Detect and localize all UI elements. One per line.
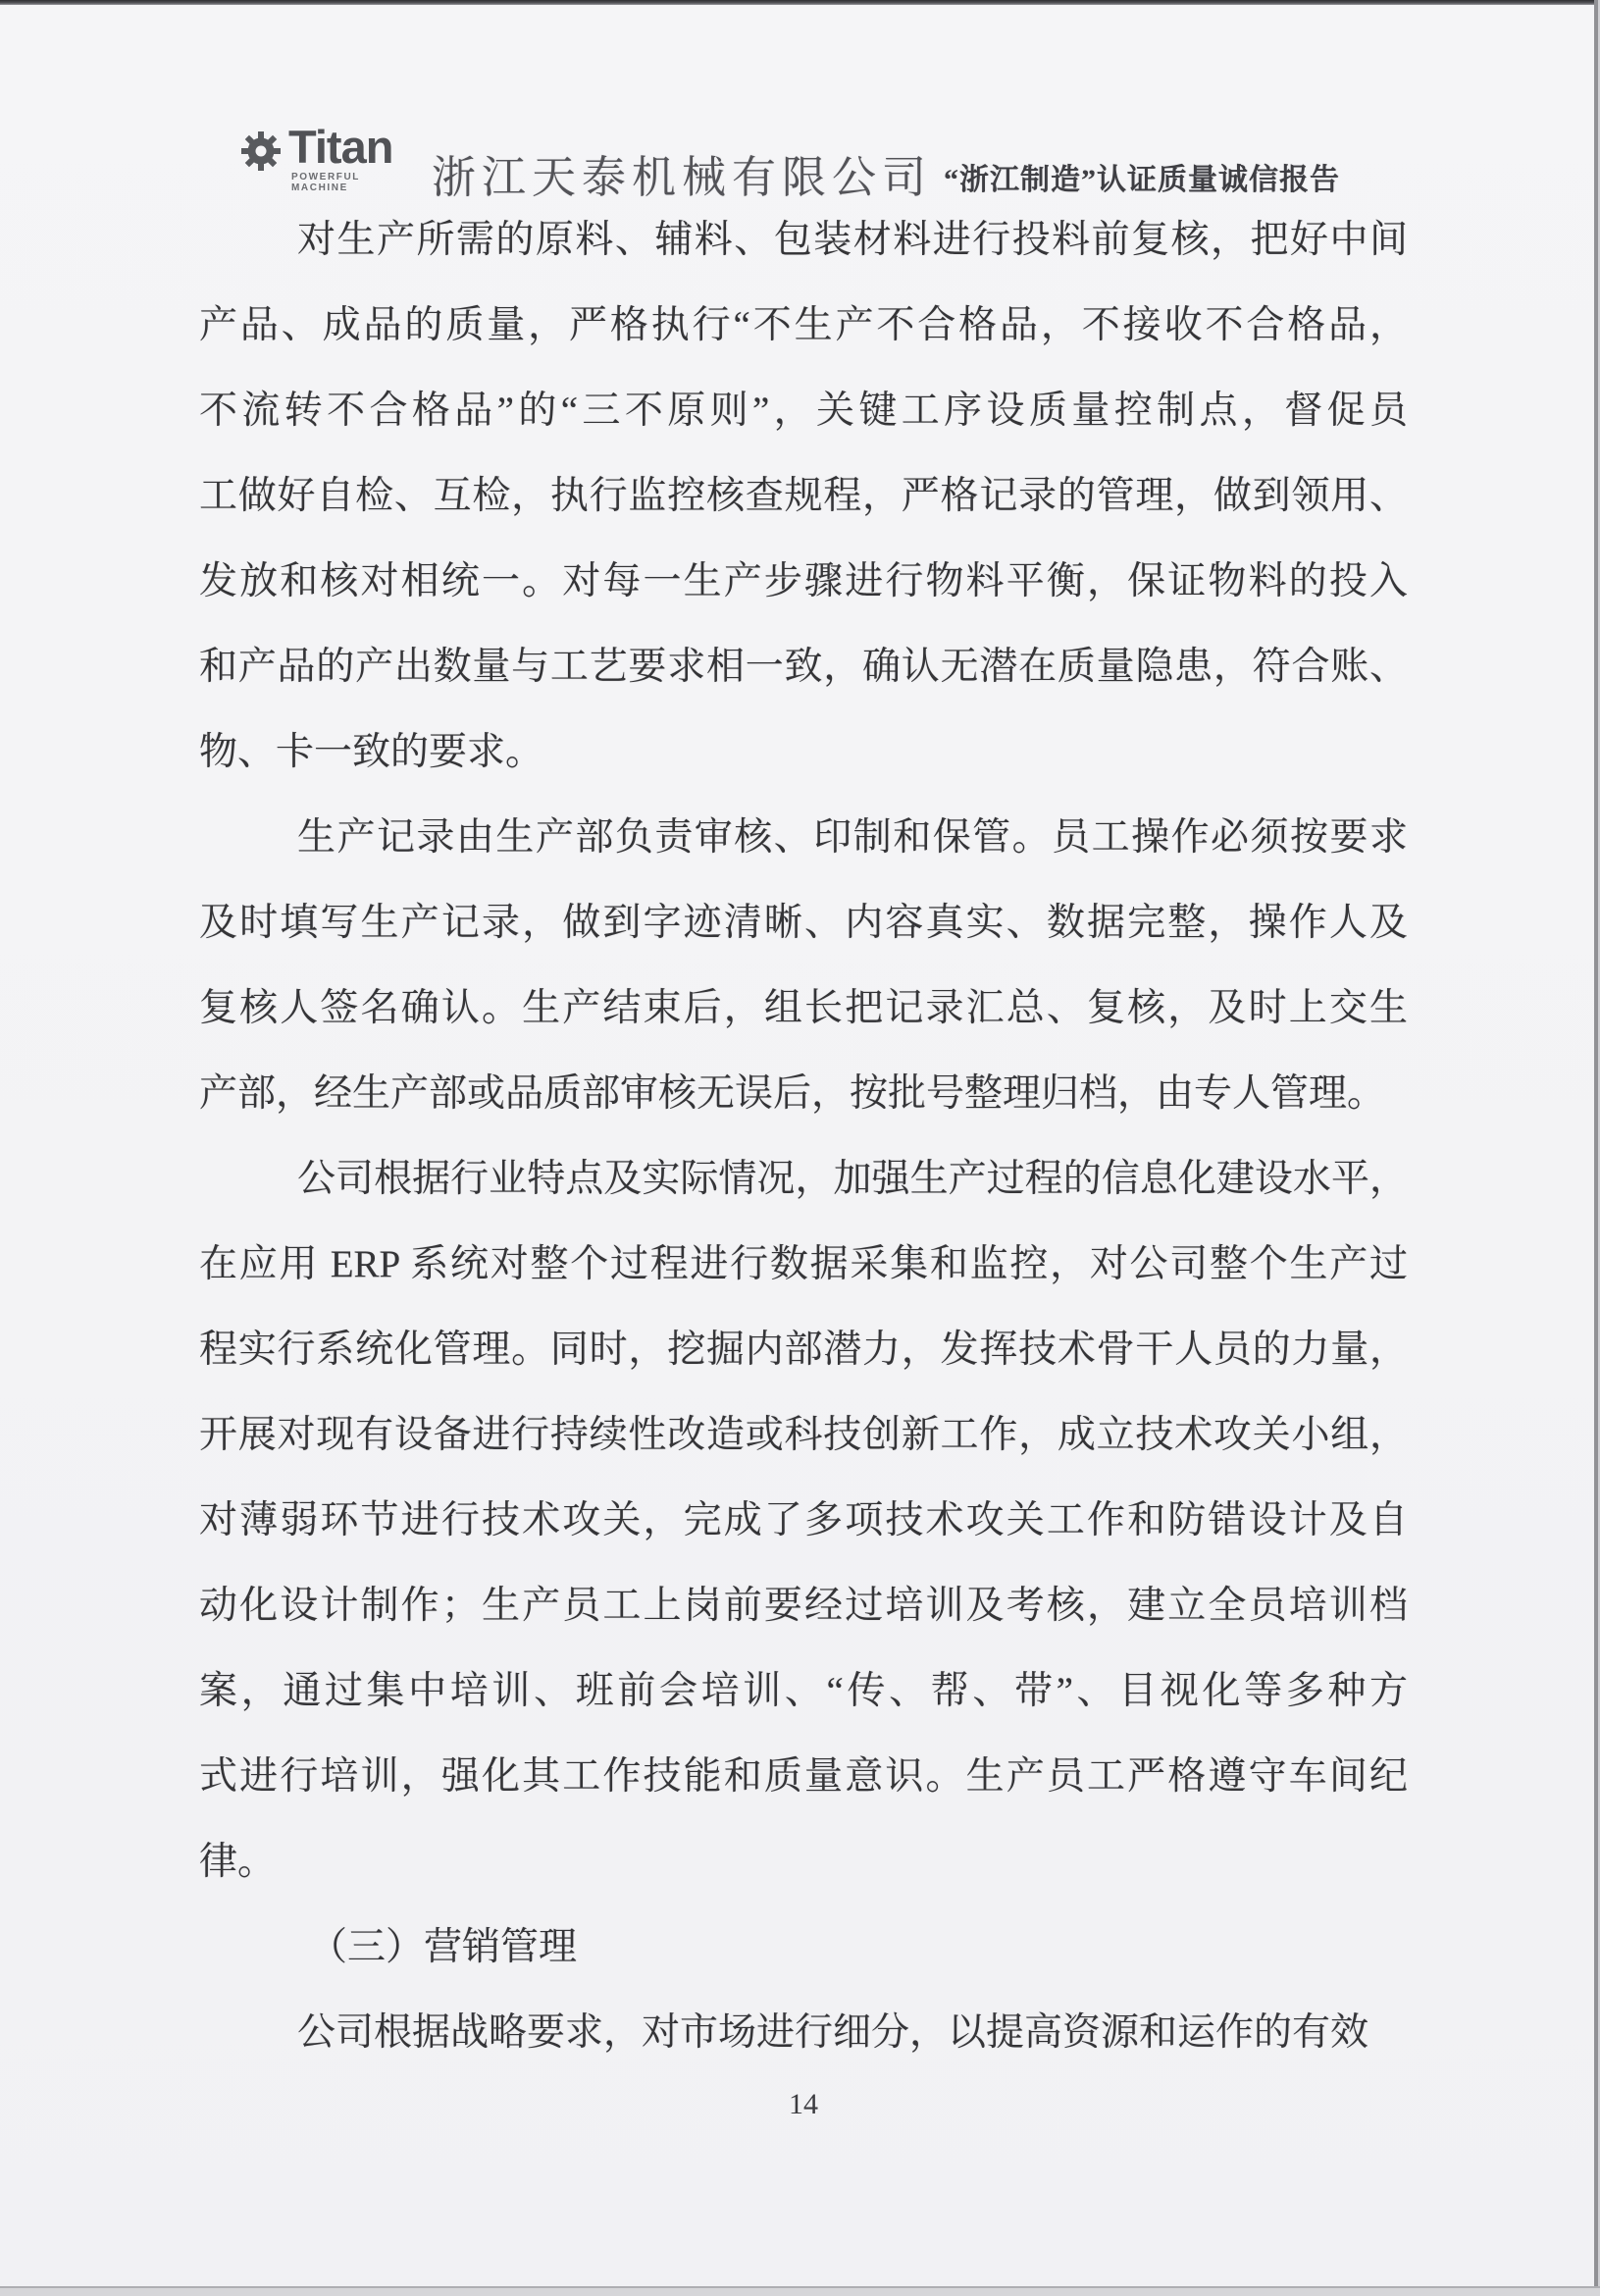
titan-logo: Titan POWERFUL MACHINE bbox=[241, 126, 398, 186]
paragraph: 生产记录由生产部负责审核、印制和保管。员工操作必须按要求及时填写生产记录，做到字… bbox=[199, 795, 1408, 1136]
paragraph: 公司根据战略要求，对市场进行细分，以提高资源和运作的有效 bbox=[199, 1990, 1408, 2075]
text-line: 律。 bbox=[199, 1819, 1408, 1905]
scan-artifact-bottom-edge bbox=[0, 2286, 1600, 2296]
paragraph: 公司根据行业特点及实际情况，加强生产过程的信息化建设水平，在应用 ERP 系统对… bbox=[199, 1136, 1408, 1905]
paragraph: 对生产所需的原料、辅料、包装材料进行投料前复核，把好中间产品、成品的质量，严格执… bbox=[199, 197, 1408, 795]
brand-text: Titan bbox=[288, 120, 392, 174]
text-line: 不流转不合格品”的“三不原则”，关键工序设质量控制点，督促员 bbox=[199, 368, 1408, 453]
document-body: 对生产所需的原料、辅料、包装材料进行投料前复核，把好中间产品、成品的质量，严格执… bbox=[199, 197, 1408, 2075]
text-line: 生产记录由生产部负责审核、印制和保管。员工操作必须按要求 bbox=[199, 795, 1408, 880]
text-line: 复核人签名确认。生产结束后，组长把记录汇总、复核，及时上交生 bbox=[199, 965, 1408, 1051]
text-line: 在应用 ERP 系统对整个过程进行数据采集和监控，对公司整个生产过 bbox=[199, 1222, 1408, 1307]
brand-tagline: POWERFUL MACHINE bbox=[291, 172, 398, 193]
page-number: 14 bbox=[199, 2088, 1408, 2121]
text-line: 物、卡一致的要求。 bbox=[199, 709, 1408, 795]
text-line: 工做好自检、互检，执行监控核查规程，严格记录的管理，做到领用、 bbox=[199, 453, 1408, 539]
text-line: 程实行系统化管理。同时，挖掘内部潜力，发挥技术骨干人员的力量， bbox=[199, 1307, 1408, 1392]
text-line: （三）营销管理 bbox=[199, 1905, 1408, 1990]
text-line: 和产品的产出数量与工艺要求相一致，确认无潜在质量隐患，符合账、 bbox=[199, 624, 1408, 709]
text-line: 公司根据战略要求，对市场进行细分，以提高资源和运作的有效 bbox=[199, 1990, 1408, 2075]
text-line: 案，通过集中培训、班前会培训、“传、帮、带”、目视化等多种方 bbox=[199, 1648, 1408, 1734]
company-name: 浙江天泰机械有限公司 bbox=[432, 141, 932, 205]
section-heading: （三）营销管理 bbox=[199, 1905, 1408, 1990]
text-line: 式进行培训，强化其工作技能和质量意识。生产员工严格遵守车间纪 bbox=[199, 1734, 1408, 1819]
text-line: 及时填写生产记录，做到字迹清晰、内容真实、数据完整，操作人及 bbox=[199, 880, 1408, 965]
text-line: 产品、成品的质量，严格执行“不生产不合格品，不接收不合格品， bbox=[199, 283, 1408, 368]
text-line: 动化设计制作；生产员工上岗前要经过培训及考核，建立全员培训档 bbox=[199, 1563, 1408, 1648]
gear-icon bbox=[241, 131, 281, 171]
report-title: “浙江制造”认证质量诚信报告 bbox=[944, 155, 1340, 198]
text-line: 公司根据行业特点及实际情况，加强生产过程的信息化建设水平， bbox=[199, 1136, 1408, 1222]
text-line: 开展对现有设备进行持续性改造或科技创新工作，成立技术攻关小组， bbox=[199, 1392, 1408, 1478]
text-line: 发放和核对相统一。对每一生产步骤进行物料平衡，保证物料的投入 bbox=[199, 539, 1408, 624]
text-line: 对薄弱环节进行技术攻关，完成了多项技术攻关工作和防错设计及自 bbox=[199, 1478, 1408, 1563]
document-header: Titan POWERFUL MACHINE 浙江天泰机械有限公司 “浙江制造”… bbox=[0, 0, 1600, 216]
scanned-document-page: Titan POWERFUL MACHINE 浙江天泰机械有限公司 “浙江制造”… bbox=[0, 0, 1600, 2296]
text-line: 产部，经生产部或品质部审核无误后，按批号整理归档，由专人管理。 bbox=[199, 1051, 1408, 1136]
text-line: 对生产所需的原料、辅料、包装材料进行投料前复核，把好中间 bbox=[199, 197, 1408, 283]
